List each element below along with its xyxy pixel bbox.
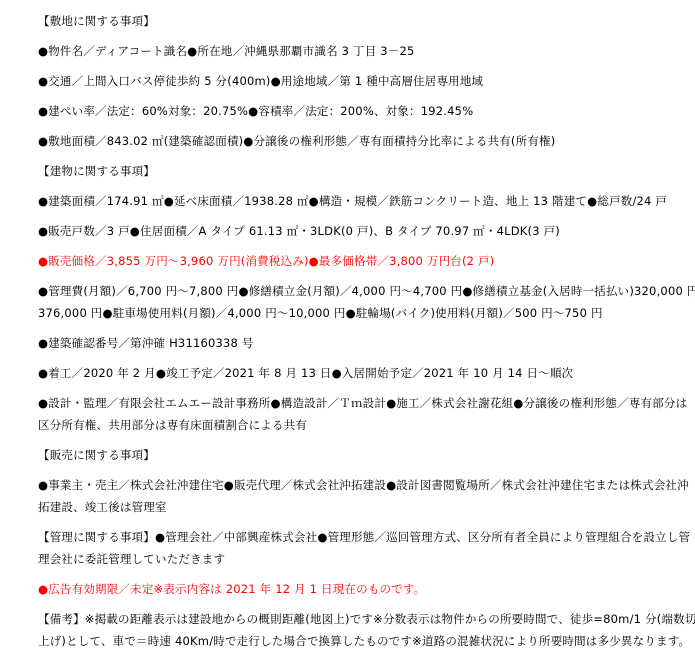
site-area-rights: ●敷地面積／843.02 ㎡(建築確認面積)●分譲後の権利形態／専有面積持分比率… [38,130,665,152]
heading-building-section: 【建物に関する事項】 [38,160,665,182]
developer-seller: ●事業主・売主／株式会社沖建住宅●販売代理／株式会社沖拓建設●設計図書閲覧場所／… [38,474,665,518]
text-line: 理会社に委託管理していただきます [38,548,665,570]
text-line: 上げ)として、車で＝時速 40Km/時で走行した場合で換算したものです※道路の混… [38,630,665,650]
remarks: 【備考】※掲載の距離表示は建設地からの概則距離(地図上)です※分数表示は物件から… [38,608,665,650]
design-construction-rights: ●設計・監理／有限会社エムエー設計事務所●構造設計／Ｔｍ設計●施工／株式会社謝花… [38,392,665,436]
property-name-location: ●物件名／ディアコート識名●所在地／沖縄県那覇市識名 3 丁目 3－25 [38,40,665,62]
text-line: 376,000 円●駐車場使用料(月額)／4,000 円～10,000 円●駐輪… [38,302,665,324]
building-confirmation-number: ●建築確認番号／第沖確 H31160338 号 [38,332,665,354]
property-listing-document: 【敷地に関する事項】 ●物件名／ディアコート識名●所在地／沖縄県那覇市識名 3 … [0,0,695,650]
text-line: 【管理に関する事項】●管理会社／中部興産株式会社●管理形態／巡回管理方式、区分所… [38,526,665,548]
text-line: ●建築面積／174.91 ㎡●延べ床面積／1938.28 ㎡●構造・規模／鉄筋コ… [38,190,665,212]
building-area-structure: ●建築面積／174.91 ㎡●延べ床面積／1938.28 ㎡●構造・規模／鉄筋コ… [38,190,665,212]
text-line: ●広告有効期限／未定※表示内容は 2021 年 12 月 1 日現在のものです。 [38,578,665,600]
text-line: ●着工／2020 年 2 月●竣工予定／2021 年 8 月 13 日●入居開始… [38,362,665,384]
section-heading: 【敷地に関する事項】 [38,10,665,32]
text-line: ●建築確認番号／第沖確 H31160338 号 [38,332,665,354]
text-line: 拓建設、竣工後は管理室 [38,496,665,518]
heading-site-section: 【敷地に関する事項】 [38,10,665,32]
sale-price-highlight: ●販売価格／3,855 万円～3,960 万円(消費税込み)●最多価格帯／3,8… [38,250,665,272]
units-floor-plans: ●販売戸数／3 戸●住居面積／A タイプ 61.13 ㎡・3LDK(0 戸)、B… [38,220,665,242]
text-line: ●設計・監理／有限会社エムエー設計事務所●構造設計／Ｔｍ設計●施工／株式会社謝花… [38,392,665,414]
text-line: ●販売戸数／3 戸●住居面積／A タイプ 61.13 ㎡・3LDK(0 戸)、B… [38,220,665,242]
text-line: ●交通／上間入口バス停徒歩約 5 分(400m)●用途地域／第 1 種中高層住居… [38,70,665,92]
text-line: ●販売価格／3,855 万円～3,960 万円(消費税込み)●最多価格帯／3,8… [38,250,665,272]
text-line: 区分所有権、共用部分は専有床面積割合による共有 [38,414,665,436]
text-line: ●建ぺい率／法定：60%対象：20.75%●容積率／法定：200%、対象：192… [38,100,665,122]
section-heading: 【販売に関する事項】 [38,444,665,466]
text-line: ●敷地面積／843.02 ㎡(建築確認面積)●分譲後の権利形態／専有面積持分比率… [38,130,665,152]
management-section: 【管理に関する事項】●管理会社／中部興産株式会社●管理形態／巡回管理方式、区分所… [38,526,665,570]
text-line: 【備考】※掲載の距離表示は建設地からの概則距離(地図上)です※分数表示は物件から… [38,608,665,630]
management-fees: ●管理費(月額)／6,700 円～7,800 円●修繕積立金(月額)／4,000… [38,280,665,324]
coverage-floor-ratio: ●建ぺい率／法定：60%対象：20.75%●容積率／法定：200%、対象：192… [38,100,665,122]
ad-validity-highlight: ●広告有効期限／未定※表示内容は 2021 年 12 月 1 日現在のものです。 [38,578,665,600]
text-line: ●管理費(月額)／6,700 円～7,800 円●修繕積立金(月額)／4,000… [38,280,665,302]
section-heading: 【建物に関する事項】 [38,160,665,182]
heading-sales-section: 【販売に関する事項】 [38,444,665,466]
transport-zoning: ●交通／上間入口バス停徒歩約 5 分(400m)●用途地域／第 1 種中高層住居… [38,70,665,92]
text-line: ●事業主・売主／株式会社沖建住宅●販売代理／株式会社沖拓建設●設計図書閲覧場所／… [38,474,665,496]
construction-schedule: ●着工／2020 年 2 月●竣工予定／2021 年 8 月 13 日●入居開始… [38,362,665,384]
text-line: ●物件名／ディアコート識名●所在地／沖縄県那覇市識名 3 丁目 3－25 [38,40,665,62]
